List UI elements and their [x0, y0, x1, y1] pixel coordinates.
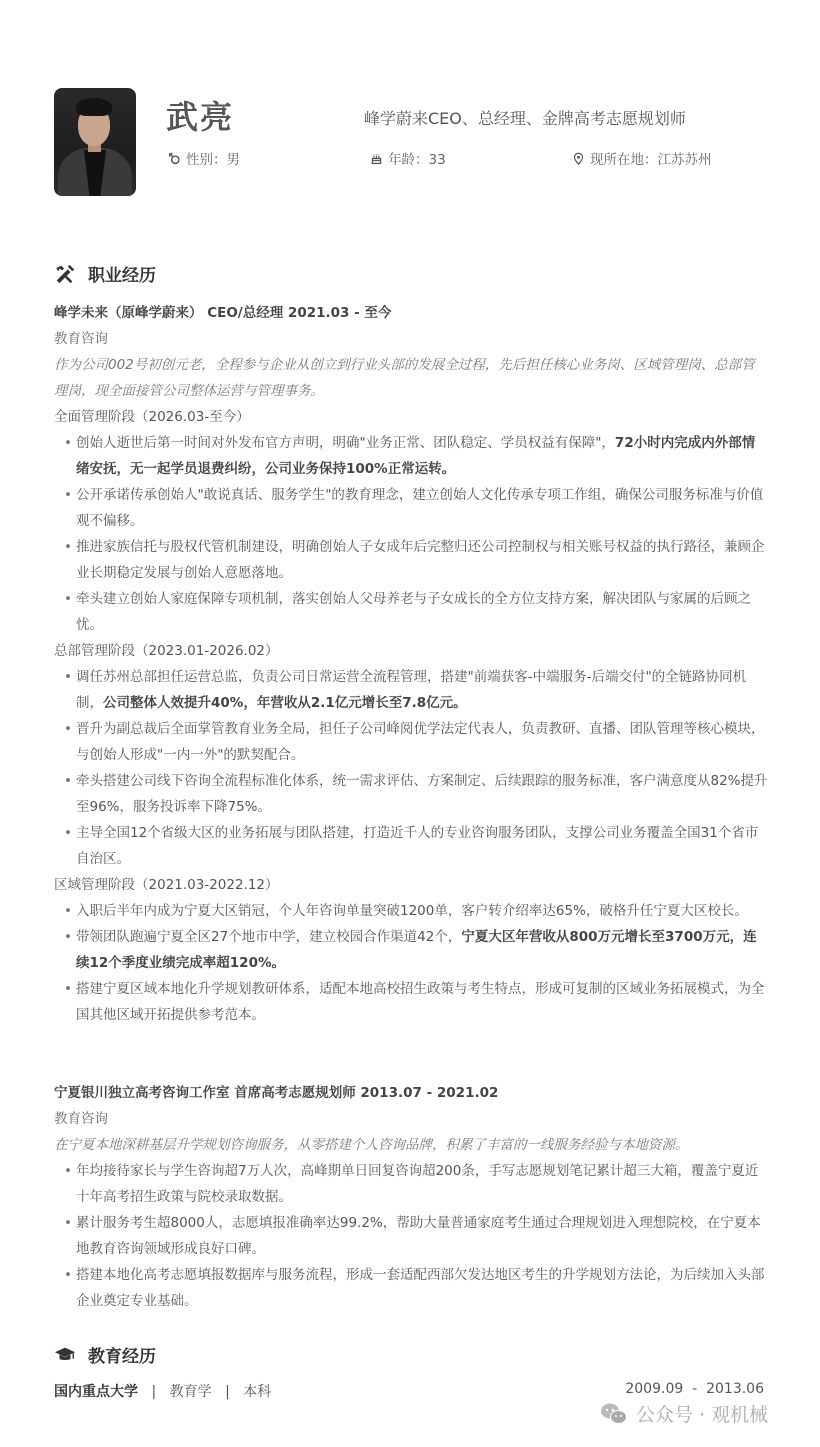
education-period: 2009.09 - 2013.06: [625, 1381, 764, 1401]
profile-title: 峰学蔚来CEO、总经理、金牌高考志愿规划师: [364, 106, 686, 129]
job-industry: 教育咨询: [54, 1106, 768, 1132]
map-pin-icon: [572, 152, 585, 165]
school-name: 国内重点大学: [54, 1384, 138, 1400]
list-item: 累计服务考生超8000人，志愿填报准确率达99.2%，帮助大量普通家庭考生通过合…: [54, 1210, 768, 1262]
job-header: 宁夏银川独立高考咨询工作室 首席高考志愿规划师 2013.07 - 2021.0…: [54, 1080, 768, 1106]
education-section-heading: 教育经历: [54, 1342, 156, 1367]
career-section-heading: 职业经历: [54, 261, 156, 286]
location-field: 现所在地：江苏苏州: [572, 148, 712, 168]
separator: |: [151, 1384, 156, 1400]
profile-header: 武亮 峰学蔚来CEO、总经理、金牌高考志愿规划师 性别：男 年龄：33 现所在地…: [54, 88, 774, 198]
list-item: 牵头建立创始人家庭保障专项机制，落实创始人父母养老与子女成长的全方位支持方案，解…: [54, 586, 768, 638]
stage-label: 全面管理阶段（2026.03-至今）: [54, 404, 768, 430]
watermark-text: 公众号 · 观机械: [636, 1400, 768, 1427]
stage-label: 总部管理阶段（2023.01-2026.02）: [54, 638, 768, 664]
male-symbol-icon: [168, 152, 181, 165]
list-item: 晋升为副总裁后全面掌管教育业务全局，担任子公司峰阅优学法定代表人，负责教研、直播…: [54, 716, 768, 768]
stage-bullets: 调任苏州总部担任运营总监，负责公司日常运营全流程管理，搭建"前端获客-中端服务-…: [54, 664, 768, 872]
list-item: 创始人逝世后第一时间对外发布官方声明，明确"业务正常、团队稳定、学员权益有保障"…: [54, 430, 768, 482]
list-item: 年均接待家长与学生咨询超7万人次，高峰期单日回复咨询超200条，手写志愿规划笔记…: [54, 1158, 768, 1210]
list-item: 主导全国12个省级大区的业务拓展与团队搭建，打造近千人的专业咨询服务团队，支撑公…: [54, 820, 768, 872]
job-entry: 宁夏银川独立高考咨询工作室 首席高考志愿规划师 2013.07 - 2021.0…: [54, 1080, 768, 1314]
cake-icon: [370, 152, 383, 165]
list-item: 搭建本地化高考志愿填报数据库与服务流程，形成一套适配西部欠发达地区考生的升学规划…: [54, 1262, 768, 1314]
job-summary: 在宁夏本地深耕基层升学规划咨询服务，从零搭建个人咨询品牌，积累了丰富的一线服务经…: [54, 1132, 768, 1158]
job-summary: 作为公司002号初创元老，全程参与企业从创立到行业头部的发展全过程，先后担任核心…: [54, 352, 768, 404]
list-item: 搭建宁夏区域本地化升学规划教研体系，适配本地高校招生政策与考生特点，形成可复制的…: [54, 976, 768, 1028]
major: 教育学: [170, 1384, 212, 1400]
list-item: 推进家族信托与股权代管机制建设，明确创始人子女成年后完整归还公司控制权与相关账号…: [54, 534, 768, 586]
age-label: 年龄：33: [388, 148, 446, 168]
list-item: 入职后半年内成为宁夏大区销冠，个人年咨询单量突破1200单，客户转介绍率达65%…: [54, 898, 768, 924]
job-entry: 峰学未来（原峰学蔚来） CEO/总经理 2021.03 - 至今 教育咨询 作为…: [54, 300, 768, 1028]
list-item: 调任苏州总部担任运营总监，负责公司日常运营全流程管理，搭建"前端获客-中端服务-…: [54, 664, 768, 716]
stage-label: 区域管理阶段（2021.03-2022.12）: [54, 872, 768, 898]
list-item: 带领团队跑遍宁夏全区27个地市中学，建立校园合作渠道42个，宁夏大区年营收从80…: [54, 924, 768, 976]
watermark: 公众号 · 观机械: [600, 1400, 768, 1427]
gender-label: 性别：男: [186, 148, 240, 168]
avatar-photo: [54, 88, 136, 196]
age-field: 年龄：33: [370, 148, 446, 168]
wechat-icon: [600, 1402, 628, 1426]
job-header: 峰学未来（原峰学蔚来） CEO/总经理 2021.03 - 至今: [54, 300, 768, 326]
list-item: 牵头搭建公司线下咨询全流程标准化体系，统一需求评估、方案制定、后续跟踪的服务标准…: [54, 768, 768, 820]
job-bullets: 年均接待家长与学生咨询超7万人次，高峰期单日回复咨询超200条，手写志愿规划笔记…: [54, 1158, 768, 1314]
separator: |: [225, 1384, 230, 1400]
job-industry: 教育咨询: [54, 326, 768, 352]
graduation-cap-icon: [54, 1344, 76, 1366]
gender-field: 性别：男: [168, 148, 240, 168]
location-label: 现所在地：江苏苏州: [590, 148, 712, 168]
profile-name: 武亮: [166, 92, 234, 138]
career-heading-label: 职业经历: [88, 261, 156, 286]
list-item: 公开承诺传承创始人"敢说真话、服务学生"的教育理念，建立创始人文化传承专项工作组…: [54, 482, 768, 534]
stage-bullets: 创始人逝世后第一时间对外发布官方声明，明确"业务正常、团队稳定、学员权益有保障"…: [54, 430, 768, 638]
education-heading-label: 教育经历: [88, 1342, 156, 1367]
tools-icon: [54, 263, 76, 285]
education-entry: 国内重点大学 | 教育学 | 本科 2009.09 - 2013.06: [54, 1381, 764, 1401]
stage-bullets: 入职后半年内成为宁夏大区销冠，个人年咨询单量突破1200单，客户转介绍率达65%…: [54, 898, 768, 1028]
degree: 本科: [243, 1384, 271, 1400]
